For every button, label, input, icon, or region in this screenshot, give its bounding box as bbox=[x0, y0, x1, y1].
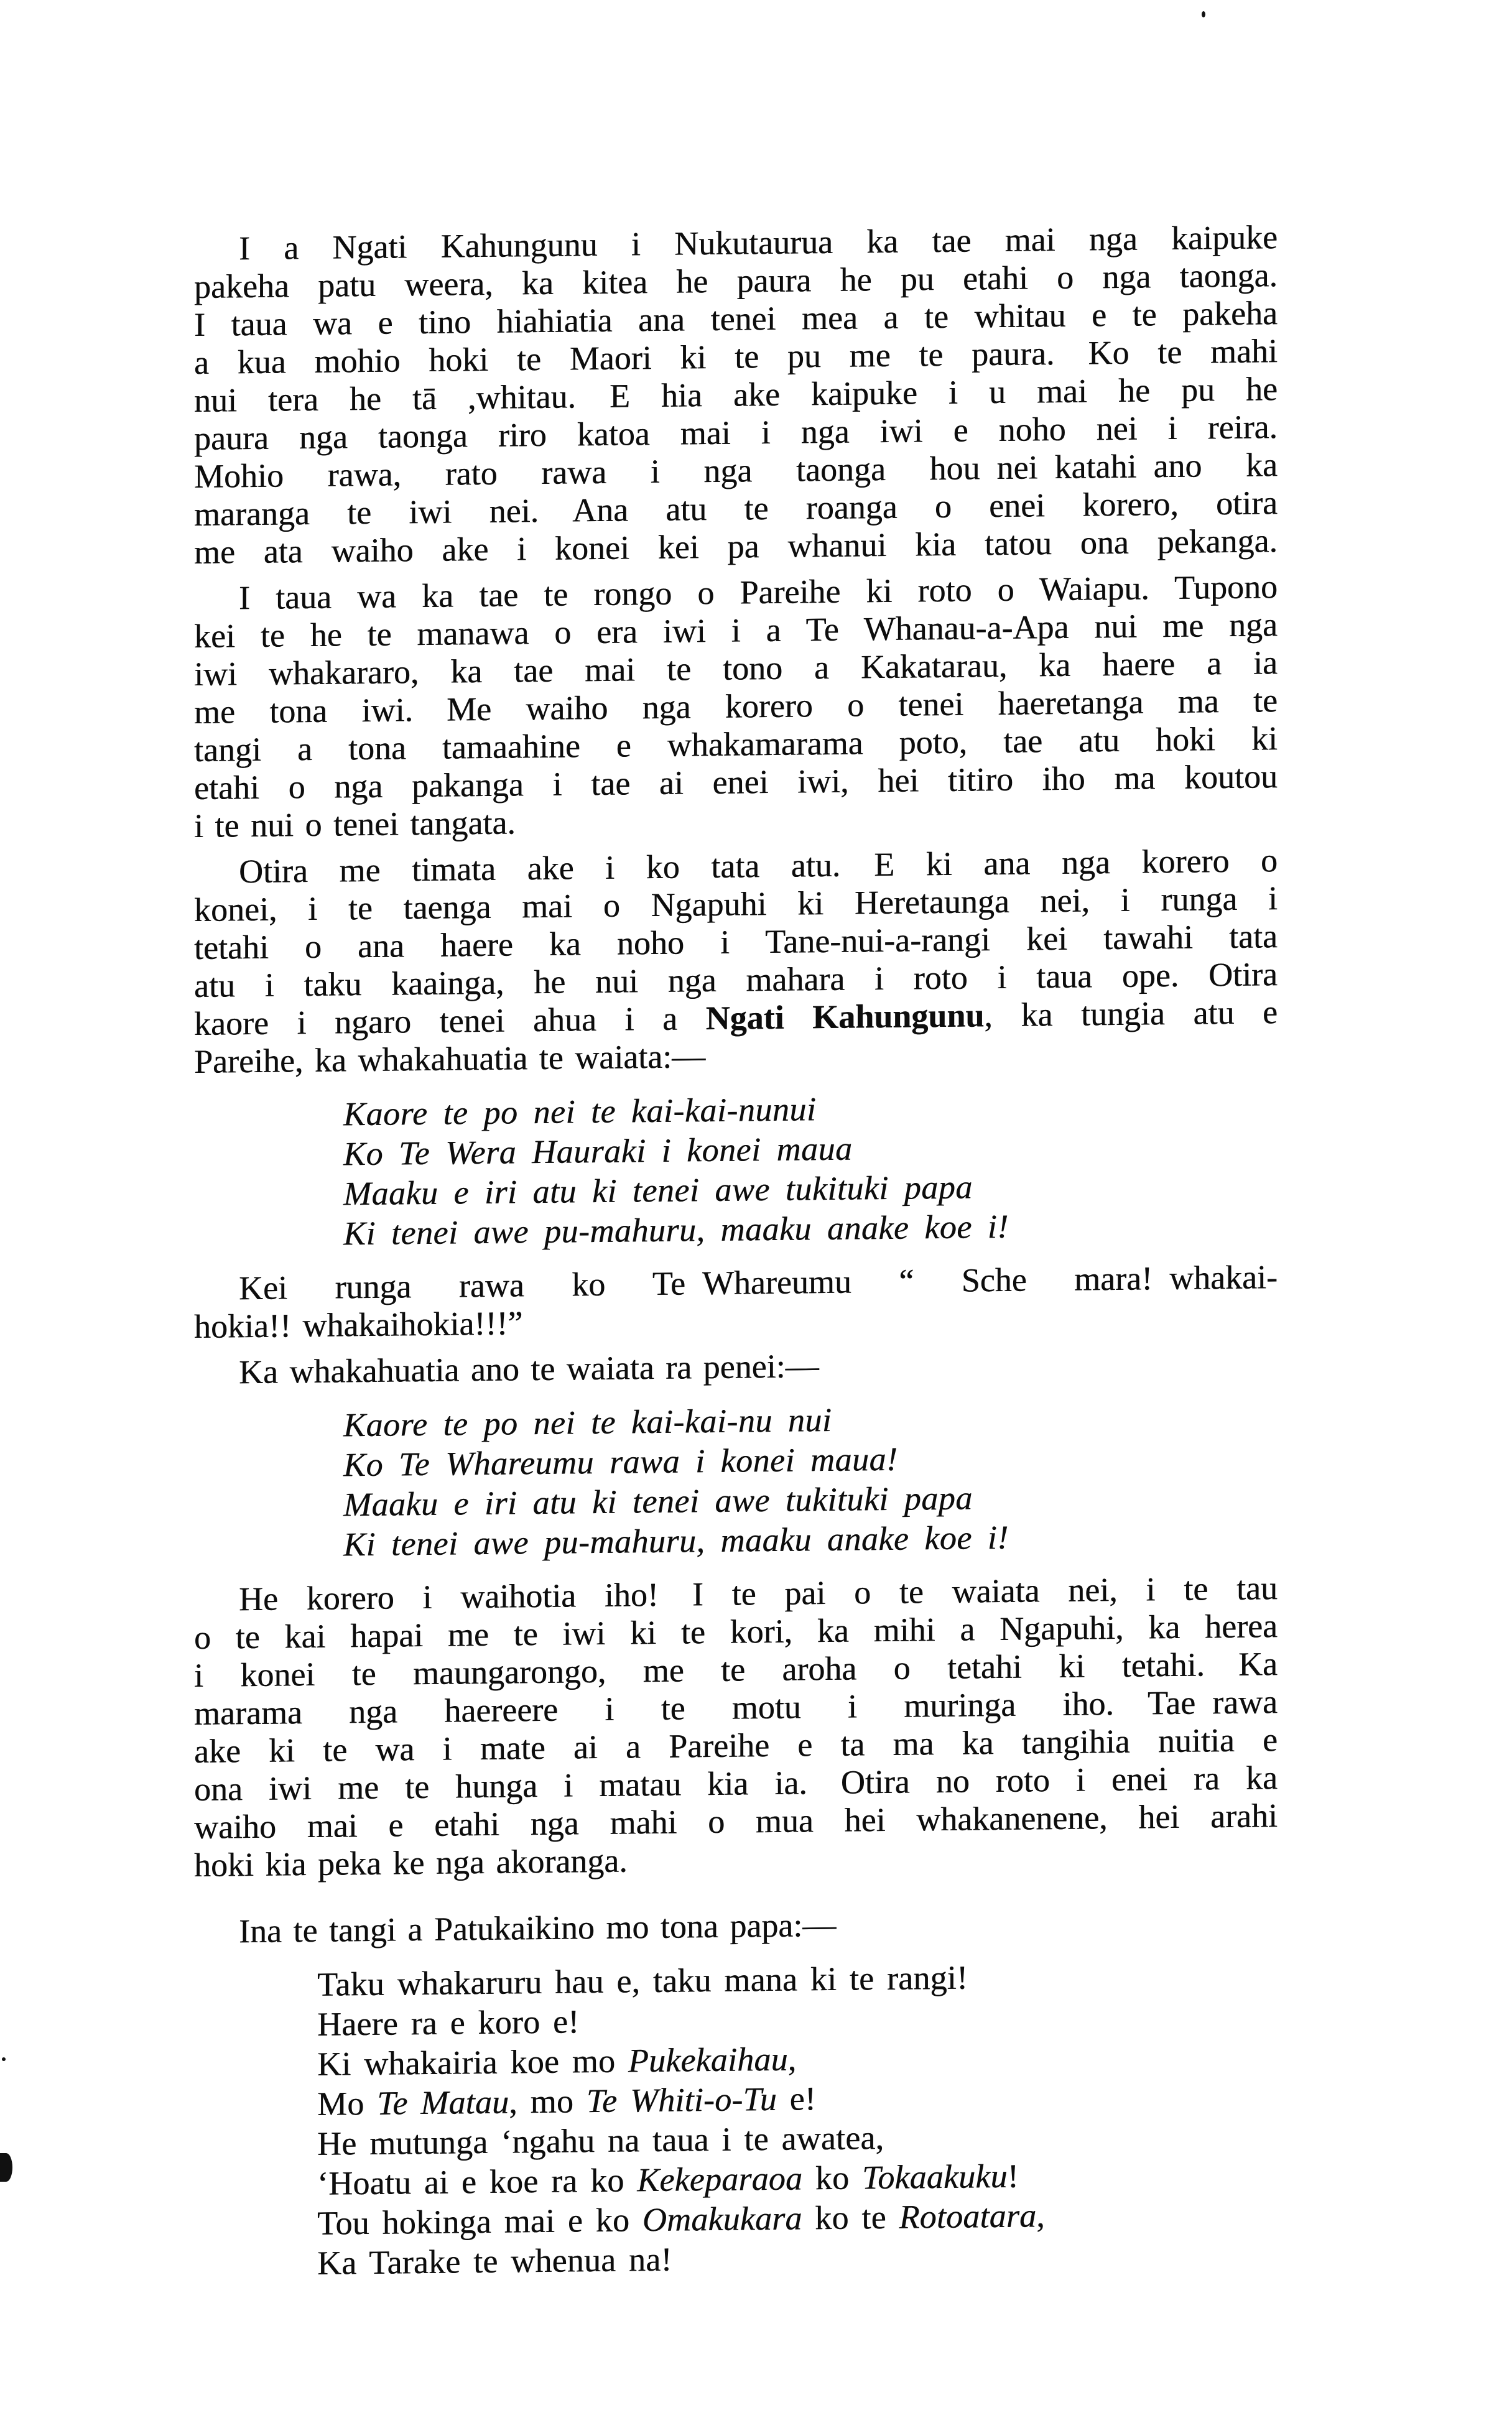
text-segment: kaore i ngaro tenei ahua i a bbox=[194, 999, 706, 1042]
text-segment: Pukekaihau bbox=[628, 2041, 788, 2080]
text-segment: He mutunga ‘ngahu na taua i te awatea, bbox=[317, 2119, 884, 2162]
text-segment: Ko Te Whareumu rawa i konei maua! bbox=[343, 1440, 897, 1484]
text-segment: , mo bbox=[509, 2082, 587, 2120]
poem-stanza: Kaore te po nei te kai-kai-nu nuiKo Te W… bbox=[343, 1395, 1278, 1564]
ink-smudge bbox=[0, 2153, 12, 2182]
text-segment: Maaku e iri atu ki tenei awe tukituki pa… bbox=[343, 1479, 973, 1523]
text-segment: , bbox=[788, 2041, 797, 2078]
text-segment: i te nui o tenei tangata. bbox=[194, 804, 516, 845]
paragraph: Ka whakahuatia ano te waiata ra penei:— bbox=[194, 1342, 1278, 1392]
text-segment: Kekeparaoa bbox=[637, 2159, 802, 2199]
text-segment: Ka Tarake te whenua na! bbox=[317, 2241, 672, 2282]
poem-stanza: Taku whakaruru hau e, taku mana ki te ra… bbox=[317, 1954, 1278, 2283]
text-segment: Kaore te po nei te kai-kai-nunui bbox=[343, 1090, 816, 1133]
paragraph: Ina te tangi a Patukaikino mo tona papa:… bbox=[194, 1901, 1278, 1951]
text-segment: Ko Te Wera Hauraki i konei maua bbox=[343, 1130, 853, 1173]
text-segment: ko bbox=[802, 2159, 862, 2197]
text-segment: Ki tenei awe pu-mahuru, maaku anake koe … bbox=[343, 1519, 1009, 1564]
text-line: Ina te tangi a Patukaikino mo tona papa:… bbox=[194, 1901, 1278, 1951]
text-segment: Maaku e iri atu ki tenei awe tukituki pa… bbox=[343, 1168, 973, 1212]
text-segment: hokia!! whakaihokia!!!” bbox=[194, 1304, 522, 1345]
ink-speck bbox=[1202, 11, 1205, 17]
document-page: I a Ngati Kahungunu i Nukutaurua ka tae … bbox=[0, 0, 1512, 2428]
text-segment: Ngati Kahungunu bbox=[706, 996, 985, 1037]
text-segment: Ina te tangi a Patukaikino mo tona papa:… bbox=[239, 1906, 836, 1950]
text-segment: , ka tungia atu e bbox=[984, 993, 1278, 1034]
text-line: Ka whakahuatia ano te waiata ra penei:— bbox=[194, 1342, 1278, 1392]
paragraph: I a Ngati Kahungunu i Nukutaurua ka tae … bbox=[194, 218, 1278, 572]
text-segment: Pareihe, ka whakahuatia te waiata:— bbox=[194, 1037, 705, 1080]
poem-stanza: Kaore te po nei te kai-kai-nunuiKo Te We… bbox=[343, 1084, 1278, 1253]
text-segment: Mo bbox=[317, 2085, 377, 2123]
text-segment: hoki kia peka ke nga akoranga. bbox=[194, 1842, 628, 1884]
text-segment: ! bbox=[1008, 2157, 1019, 2195]
text-segment: Ka whakahuatia ano te waiata ra penei:— bbox=[239, 1347, 819, 1391]
text-segment: Omakukara bbox=[642, 2199, 802, 2238]
text-segment: , bbox=[1036, 2197, 1045, 2234]
text-segment: Te Matau bbox=[377, 2083, 509, 2122]
ink-speck bbox=[2, 2057, 6, 2061]
text-segment: e! bbox=[777, 2080, 816, 2118]
text-segment: Rotoatara bbox=[899, 2197, 1036, 2235]
text-segment: ko te bbox=[802, 2199, 899, 2237]
text-segment: Kaore te po nei te kai-kai-nu nui bbox=[343, 1401, 832, 1443]
paragraph: Kei runga rawa ko Te Whareumu “ Sche mar… bbox=[194, 1258, 1278, 1346]
text-segment: Tou hokinga mai e ko bbox=[317, 2201, 642, 2242]
text-column: I a Ngati Kahungunu i Nukutaurua ka tae … bbox=[194, 218, 1278, 2284]
text-segment: Haere ra e koro e! bbox=[317, 2003, 579, 2043]
text-segment: Taku whakaruru hau e, taku mana ki te ra… bbox=[317, 1959, 968, 2003]
text-segment: Tokaakuku bbox=[862, 2157, 1008, 2197]
text-segment: Ki tenei awe pu-mahuru, maaku anake koe … bbox=[343, 1208, 1009, 1253]
text-segment: Ki whakairia koe mo bbox=[317, 2042, 628, 2082]
paragraph: I taua wa ka tae te rongo o Pareihe ki r… bbox=[194, 568, 1278, 845]
text-segment: ‘Hoatu ai e koe ra ko bbox=[317, 2161, 637, 2202]
paragraph: Otira me timata ake i ko tata atu. E ki … bbox=[194, 841, 1278, 1081]
paragraph: He korero i waihotia iho! I te pai o te … bbox=[194, 1569, 1278, 1884]
text-segment: Te Whiti-o-Tu bbox=[587, 2080, 777, 2120]
